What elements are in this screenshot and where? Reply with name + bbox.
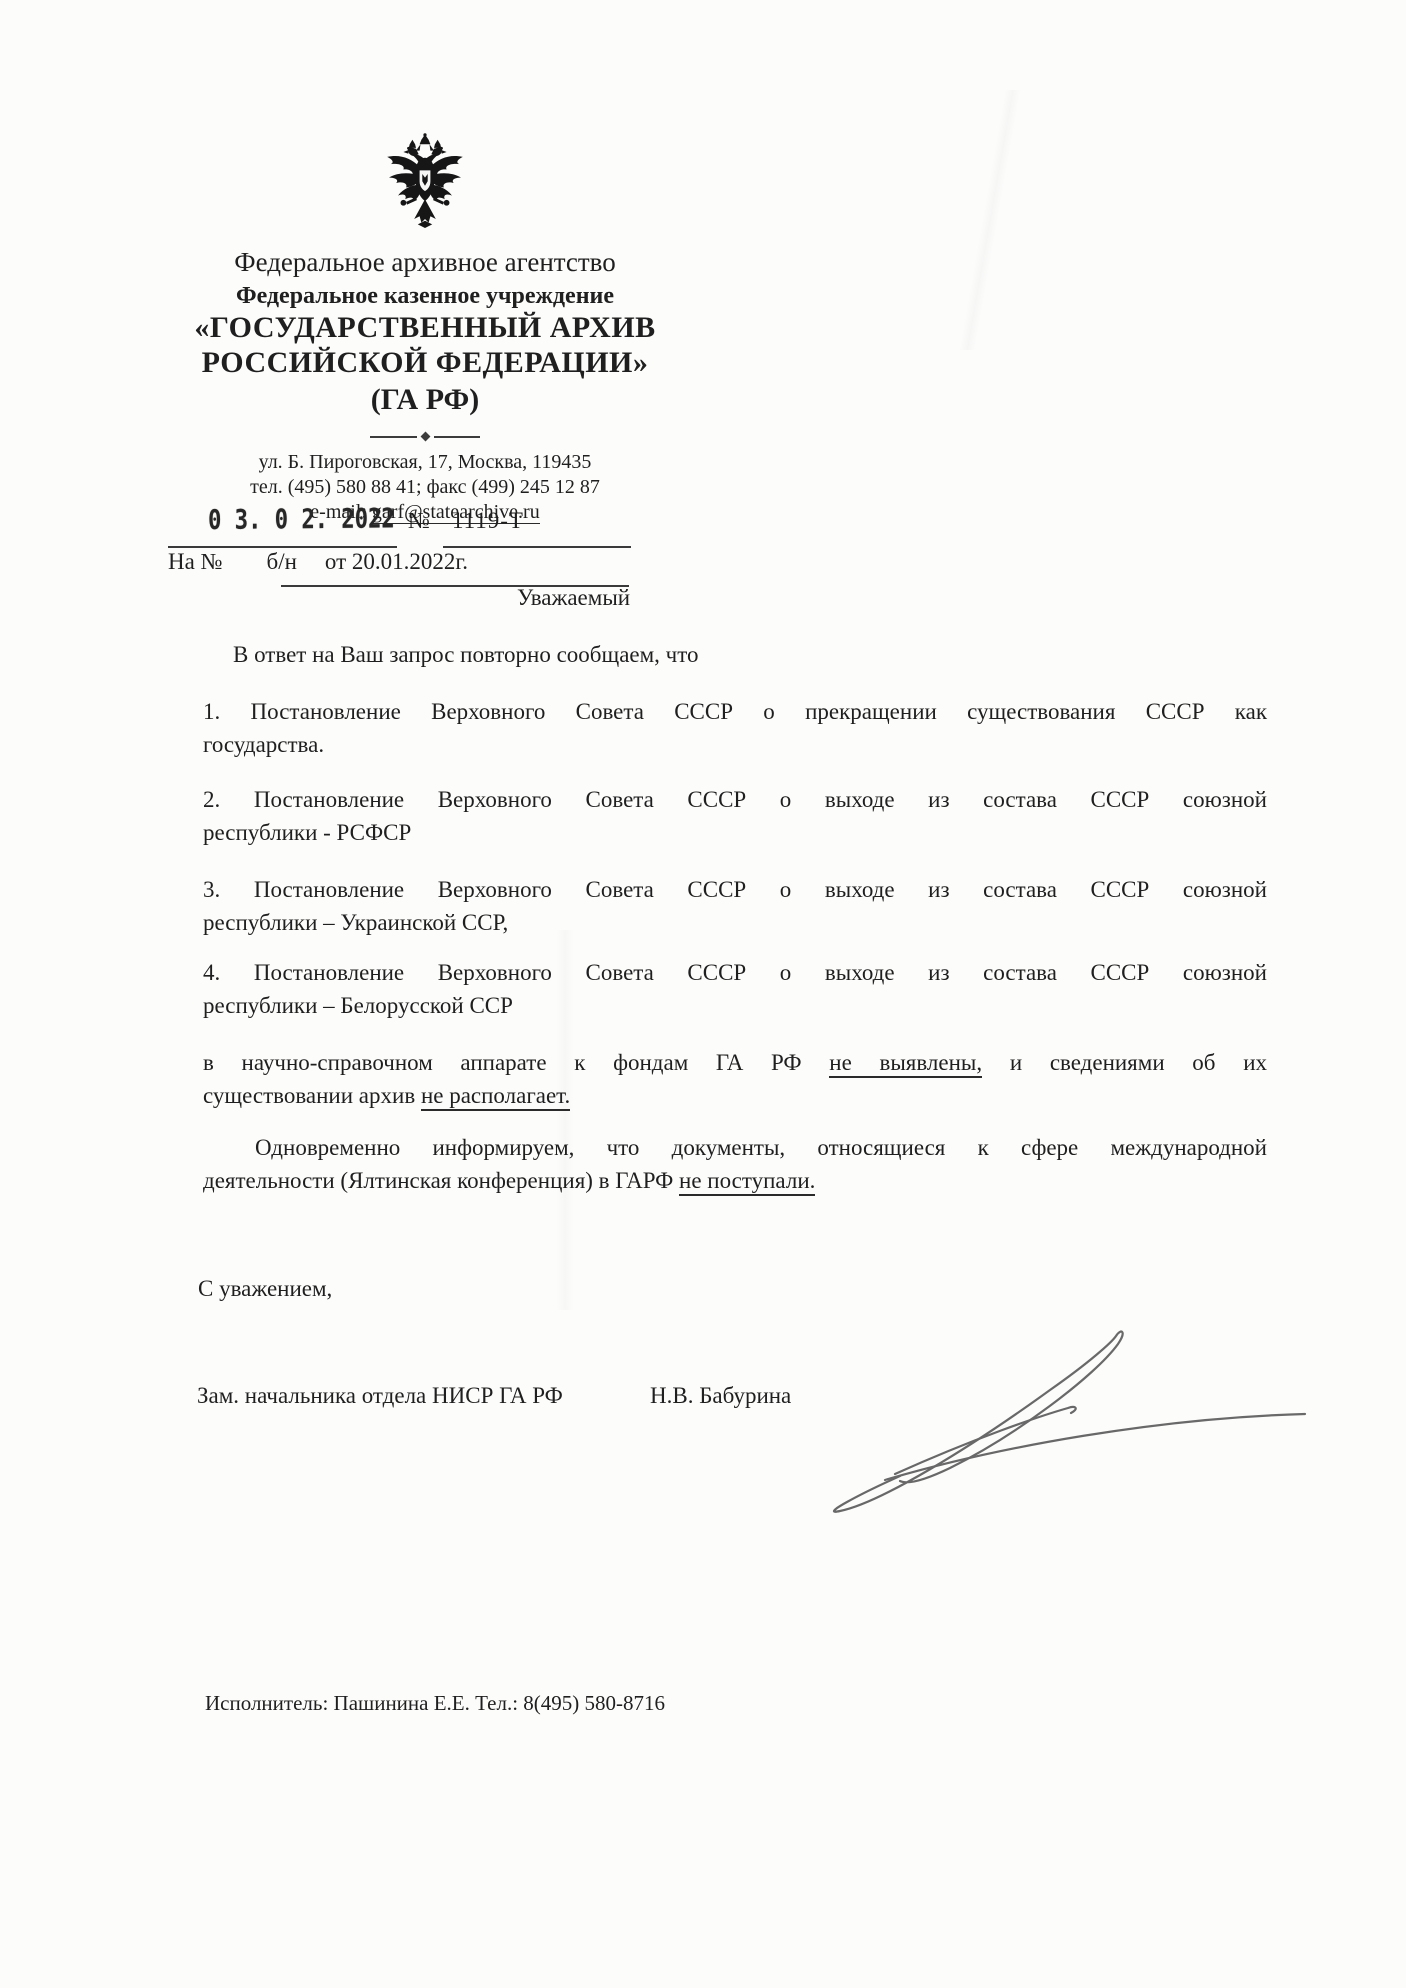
additional-line: Одновременно информируем, что документы,… — [203, 1131, 1267, 1164]
conclusion-paragraph: в научно-справочном аппарате к фондам ГА… — [203, 1046, 1267, 1112]
executor-line: Исполнитель: Пашинина Е.Е. Тел.: 8(495) … — [205, 1691, 665, 1716]
scan-crease — [930, 90, 1050, 350]
additional-paragraph: Одновременно информируем, что документы,… — [203, 1131, 1267, 1197]
handwritten-signature — [800, 1318, 1320, 1523]
list-item: 3. Постановление Верховного Совета СССР … — [203, 873, 1267, 939]
reply-reference-prefix: На № — [168, 549, 223, 574]
archive-abbreviation: (ГА РФ) — [125, 383, 725, 417]
signer-name: Н.В. Бабурина — [650, 1383, 791, 1409]
date-stamp: 0 3. 0 2. 2022 — [208, 503, 395, 537]
archive-name-line2: РОССИЙСКОЙ ФЕДЕРАЦИИ» — [125, 345, 725, 380]
additional-text: деятельности (Ялтинская конференция) в Г… — [203, 1168, 673, 1193]
divider-bar — [370, 436, 417, 438]
conclusion-text: существовании архив — [203, 1083, 415, 1108]
intro-paragraph: В ответ на Ваш запрос повторно сообщаем,… — [203, 638, 1267, 671]
institution-type: Федеральное казенное учреждение — [125, 283, 725, 310]
reference-underline-left — [168, 546, 397, 548]
outgoing-number: 1119-Т — [452, 508, 524, 533]
underlined-text: не поступали. — [679, 1168, 815, 1196]
scanned-letter-page: Федеральное архивное агентство Федеральн… — [0, 0, 1406, 1988]
number-sign: № — [408, 508, 430, 533]
divider-bar — [434, 436, 481, 438]
list-item: 1. Постановление Верховного Совета СССР … — [203, 695, 1267, 761]
underlined-text: не выявлены, — [829, 1050, 982, 1078]
list-item-line: 2. Постановление Верховного Совета СССР … — [203, 783, 1267, 816]
closing-regards: С уважением, — [198, 1276, 332, 1302]
list-item: 4. Постановление Верховного Совета СССР … — [203, 956, 1267, 1022]
list-item-line: 4. Постановление Верховного Совета СССР … — [203, 956, 1267, 989]
outgoing-number-line: №1119-Т — [408, 508, 524, 534]
letterhead: Федеральное архивное агентство Федеральн… — [125, 132, 725, 525]
phone-fax: тел. (495) 580 88 41; факс (499) 245 12 … — [125, 475, 725, 500]
list-item-line: республики – Украинской ССР, — [203, 906, 1267, 939]
salutation: Уважаемый — [517, 585, 630, 611]
list-item-line: 3. Постановление Верховного Совета СССР … — [203, 873, 1267, 906]
double-headed-eagle-icon — [380, 132, 470, 234]
list-item-line: республики - РСФСР — [203, 816, 1267, 849]
list-item-line: 1. Постановление Верховного Совета СССР … — [203, 695, 1267, 728]
reply-reference-date: от 20.01.2022г. — [325, 549, 468, 574]
conclusion-line: в научно-справочном аппарате к фондам ГА… — [203, 1046, 1267, 1079]
conclusion-line: существовании архив не располагает. — [203, 1079, 1267, 1112]
agency-name: Федеральное архивное агентство — [125, 247, 725, 277]
underlined-text: не располагает. — [421, 1083, 570, 1111]
additional-line: деятельности (Ялтинская конференция) в Г… — [203, 1164, 1267, 1197]
ornament-divider — [370, 433, 480, 440]
conclusion-text: и сведениями об их — [1010, 1050, 1267, 1075]
archive-name-line1: «ГОСУДАРСТВЕННЫЙ АРХИВ — [125, 310, 725, 345]
list-item-line: республики – Белорусской ССР — [203, 989, 1267, 1022]
postal-address: ул. Б. Пироговская, 17, Москва, 119435 — [125, 450, 725, 475]
conclusion-text: в научно-справочном аппарате к фондам ГА… — [203, 1050, 802, 1075]
signer-title: Зам. начальника отдела НИСР ГА РФ — [197, 1383, 563, 1409]
list-item-line: государства. — [203, 728, 1267, 761]
divider-diamond-icon — [420, 432, 430, 442]
list-item: 2. Постановление Верховного Совета СССР … — [203, 783, 1267, 849]
reference-underline-right — [443, 546, 631, 548]
reply-reference-number: б/н — [267, 549, 297, 574]
reply-reference-line: На №б/нот 20.01.2022г. — [168, 549, 468, 575]
